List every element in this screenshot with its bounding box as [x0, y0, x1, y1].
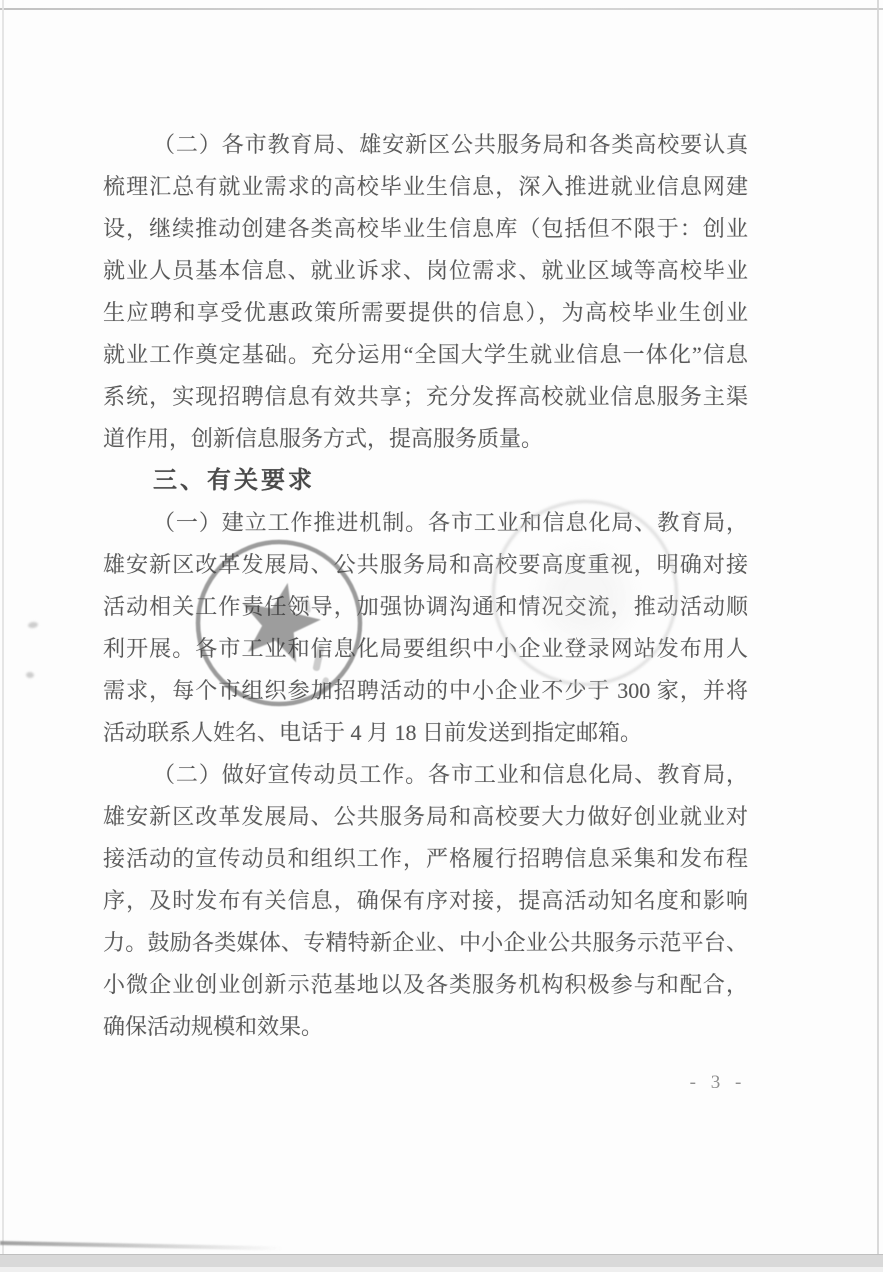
scanned-document-page: { "document": { "lines": [ "（二）各市教育局、雄安新…	[0, 0, 883, 1272]
text-line: 就业工作奠定基础。充分运用“全国大学生就业信息一体化”信息	[103, 334, 748, 376]
text-line: 确保活动规模和效果。	[103, 1006, 748, 1048]
text-line: 接活动的宣传动员和组织工作，严格履行招聘信息采集和发布程	[103, 838, 748, 880]
text-line: 就业人员基本信息、就业诉求、岗位需求、就业区域等高校毕业	[103, 250, 748, 292]
text-line: 道作用，创新信息服务方式，提高服务质量。	[103, 418, 748, 460]
official-seal-stamp	[193, 537, 367, 711]
text-line: 系统，实现招聘信息有效共享；充分发挥高校就业信息服务主渠	[103, 376, 748, 418]
margin-ink-speck	[28, 621, 39, 628]
scan-left-edge-line	[2, 0, 4, 1272]
text-line: 生应聘和享受优惠政策所需要提供的信息），为高校毕业生创业	[103, 292, 748, 334]
text-line: 序，及时发布有关信息，确保有序对接，提高活动知名度和影响	[103, 880, 748, 922]
text-line: 力。鼓励各类媒体、专精特新企业、中小企业公共服务示范平台、	[103, 922, 748, 964]
scan-bottom-band	[0, 1254, 883, 1268]
scan-bottom-streak	[0, 1241, 295, 1251]
scan-bottom-footer	[0, 1267, 883, 1272]
text-line: 活动联系人姓名、电话于 4 月 18 日前发送到指定邮箱。	[103, 712, 748, 754]
seal-ink-smudge	[312, 645, 324, 672]
seal-ink-smudge	[304, 599, 311, 614]
text-line: 设，继续推动创建各类高校毕业生信息库（包括但不限于：创业	[103, 208, 748, 250]
scan-right-edge-line	[877, 0, 879, 1272]
text-line: （二）做好宣传动员工作。各市工业和信息化局、教育局，	[103, 754, 748, 796]
text-line: 小微企业创业创新示范基地以及各类服务机构积极参与和配合，	[103, 964, 748, 1006]
star-icon	[243, 583, 321, 663]
scan-top-edge-line	[0, 8, 883, 10]
text-line: 梳理汇总有就业需求的高校毕业生信息，深入推进就业信息网建	[103, 166, 748, 208]
margin-ink-speck	[26, 672, 34, 679]
text-line: 雄安新区改革发展局、公共服务局和高校要大力做好创业就业对	[103, 796, 748, 838]
faint-seal-stamp	[492, 500, 678, 686]
section-heading: 三、有关要求	[103, 460, 748, 502]
text-line: （二）各市教育局、雄安新区公共服务局和各类高校要认真	[103, 124, 748, 166]
page-number: - 3 -	[678, 1070, 758, 1096]
